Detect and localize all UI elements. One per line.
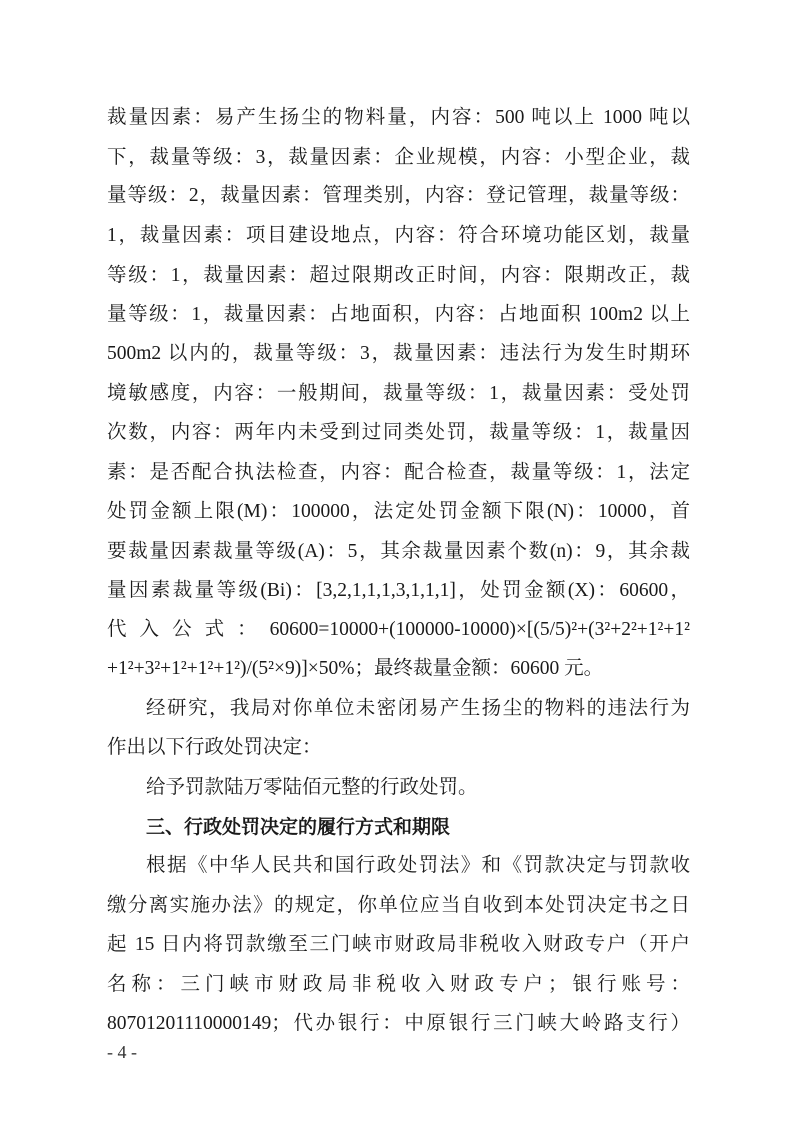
penalty-decision: 给予罚款陆万零陆佰元整的行政处罚。	[146, 773, 690, 803]
text-line: 1，裁量因素：项目建设地点，内容：符合环境功能区划，裁量	[107, 221, 690, 251]
text-line: 量等级：1，裁量因素：占地面积，内容：占地面积 100m2 以上	[107, 300, 690, 330]
text-line: 量因素裁量等级(Bi)：[3,2,1,1,1,3,1,1,1]，处罚金额(X)：…	[107, 576, 690, 606]
formula-line: +1²+3²+1²+1²+1²)/(5²×9)]×50%；最终裁量金额：6060…	[107, 654, 690, 684]
text-line: 裁量因素：易产生扬尘的物料量，内容：500 吨以上 1000 吨以	[107, 103, 690, 133]
text-line: 500m2 以内的，裁量等级：3，裁量因素：违法行为发生时期环	[107, 339, 690, 369]
section-heading: 三、行政处罚决定的履行方式和期限	[146, 812, 690, 842]
formula-line: 代入公式：60600=10000+(100000-10000)×[(5/5)²+…	[107, 615, 690, 645]
text-line: 处罚金额上限(M)：100000，法定处罚金额下限(N)：10000，首	[107, 497, 690, 527]
text-line: 起 15 日内将罚款缴至三门峡市财政局非税收入财政专户（开户	[107, 930, 690, 960]
text-line: 根据《中华人民共和国行政处罚法》和《罚款决定与罚款收	[146, 851, 690, 881]
text-line: 缴分离实施办法》的规定，你单位应当自收到本处罚决定书之日	[107, 891, 690, 921]
document-page: 裁量因素：易产生扬尘的物料量，内容：500 吨以上 1000 吨以 下，裁量等级…	[0, 0, 793, 1122]
text-line: 素：是否配合执法检查，内容：配合检查，裁量等级：1，法定	[107, 458, 690, 488]
text-line: 境敏感度，内容：一般期间，裁量等级：1，裁量因素：受处罚	[107, 379, 690, 409]
text-line: 80701201110000149；代办银行：中原银行三门峡大岭路支行）	[107, 1009, 690, 1039]
text-line: 经研究，我局对你单位未密闭易产生扬尘的物料的违法行为	[146, 694, 690, 724]
text-line: 名称：三门峡市财政局非税收入财政专户；银行账号：	[107, 970, 690, 1000]
text-line: 等级：1，裁量因素：超过限期改正时间，内容：限期改正，裁	[107, 261, 690, 291]
text-line: 下，裁量等级：3，裁量因素：企业规模，内容：小型企业，裁	[107, 143, 690, 173]
page-number: - 4 -	[107, 1040, 137, 1064]
text-line: 作出以下行政处罚决定：	[107, 733, 690, 763]
text-line: 次数，内容：两年内未受到过同类处罚，裁量等级：1，裁量因	[107, 418, 690, 448]
text-line: 要裁量因素裁量等级(A)：5，其余裁量因素个数(n)：9，其余裁	[107, 537, 690, 567]
text-line: 量等级：2，裁量因素：管理类别，内容：登记管理，裁量等级：	[107, 181, 690, 211]
